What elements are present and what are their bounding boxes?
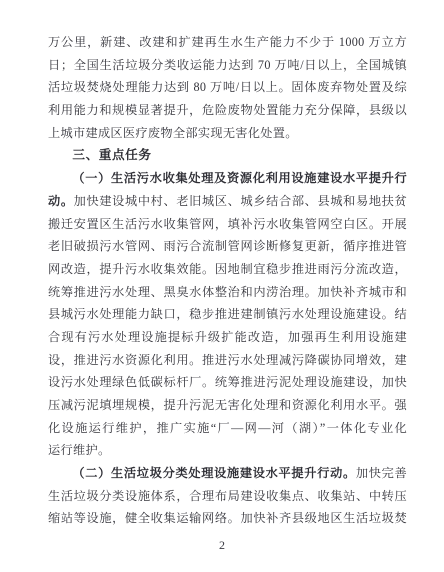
bold-run: （一）生活污水收集处理及资源化利用设施建设水平提升行: [72, 171, 407, 185]
text-run: 县城污水处理能力缺口，稳步推进建制镇污水处理设施建设。结: [48, 307, 407, 321]
text-line: 运行维护。: [48, 439, 407, 462]
document-page: 万公里，新建、改建和扩建再生水生产能力不少于 1000 万立方米/ 日；全国生活…: [0, 0, 444, 572]
text-line: 动。加快建设城中村、老旧城区、城乡结合部、县城和易地扶贫: [48, 190, 407, 213]
text-run: 万公里，新建、改建和扩建再生水生产能力不少于 1000 万立方米/: [48, 35, 407, 54]
text-run: 加快完善: [356, 466, 407, 480]
text-run: 加快建设城中村、老旧城区、城乡结合部、县城和易地扶贫: [74, 194, 407, 208]
text-run: 合现有污水处理设施提标升级扩能改造，加强再生利用设施建: [48, 330, 407, 344]
text-line: 合现有污水处理设施提标升级扩能改造，加强再生利用设施建: [48, 326, 407, 349]
bold-run: （二）生活垃圾分类处理设施建设水平提升行动。: [72, 466, 355, 480]
text-line: （二）生活垃圾分类处理设施建设水平提升行动。加快完善: [48, 462, 407, 485]
body-text: 万公里，新建、改建和扩建再生水生产能力不少于 1000 万立方米/ 日；全国生活…: [48, 31, 407, 530]
text-line: （一）生活污水收集处理及资源化利用设施建设水平提升行: [48, 167, 407, 190]
text-run: 化设施运行维护，推广实施“厂—网—河（湖）”一体化专业化: [48, 421, 407, 435]
text-run: 设，推进污水资源化利用。推进污水处理减污降碳协同增效，建: [48, 353, 407, 367]
text-line: 上城市建成区医疗废物全部实现无害化处置。: [48, 122, 407, 145]
text-line: 生活垃圾分类设施体系，合理布局建设收集点、收集站、中转压: [48, 485, 407, 508]
text-line: 统筹推进污水处理、黑臭水体整治和内涝治理。加快补齐城市和: [48, 281, 407, 304]
text-run: 搬迁安置区生活污水收集管网，填补污水收集管网空白区。开展: [48, 217, 407, 231]
text-run: 缩站等设施，健全收集运输网络。加快补齐县级地区生活垃圾焚: [48, 511, 407, 525]
text-line: 设污水处理绿色低碳标杆厂。统筹推进污泥处理设施建设，加快: [48, 371, 407, 394]
text-line: 活垃圾焚烧处理能力达到 80 万吨/日以上。固体废弃物处置及综合: [48, 76, 407, 99]
text-run: 运行维护。: [48, 443, 110, 457]
text-run: 网改造，提升污水收集效能。因地制宜稳步推进雨污分流改造，: [48, 262, 407, 276]
text-run: 老旧破损污水管网、雨污合流制管网诊断修复更新，循序推进管: [48, 239, 407, 253]
text-line: 网改造，提升污水收集效能。因地制宜稳步推进雨污分流改造，: [48, 258, 407, 281]
text-line: 老旧破损污水管网、雨污合流制管网诊断修复更新，循序推进管: [48, 235, 407, 258]
text-run: 生活垃圾分类设施体系，合理布局建设收集点、收集站、中转压: [48, 489, 407, 503]
bold-run: 动。: [48, 194, 74, 208]
text-run: 活垃圾焚烧处理能力达到 80 万吨/日以上。固体废弃物处置及综合: [48, 80, 407, 99]
text-run: 日；全国生活垃圾分类收运能力达到 70 万吨/日以上，全国城镇生: [48, 58, 407, 77]
section-heading: 三、重点任务: [48, 144, 407, 167]
text-line: 万公里，新建、改建和扩建再生水生产能力不少于 1000 万立方米/: [48, 31, 407, 54]
text-line: 县城污水处理能力缺口，稳步推进建制镇污水处理设施建设。结: [48, 303, 407, 326]
text-run: 统筹推进污水处理、黑臭水体整治和内涝治理。加快补齐城市和: [48, 285, 407, 299]
text-run: 上城市建成区医疗废物全部实现无害化处置。: [48, 126, 298, 140]
page-number: 2: [0, 538, 444, 553]
heading-text: 三、重点任务: [72, 148, 151, 162]
text-run: 设污水处理绿色低碳标杆厂。统筹推进污泥处理设施建设，加快: [48, 375, 407, 389]
text-line: 压减污泥填埋规模，提升污泥无害化处理和资源化利用水平。强: [48, 394, 407, 417]
text-line: 利用能力和规模显著提升，危险废物处置能力充分保障，县级以: [48, 99, 407, 122]
text-line: 化设施运行维护，推广实施“厂—网—河（湖）”一体化专业化: [48, 417, 407, 440]
text-line: 搬迁安置区生活污水收集管网，填补污水收集管网空白区。开展: [48, 213, 407, 236]
text-line: 设，推进污水资源化利用。推进污水处理减污降碳协同增效，建: [48, 349, 407, 372]
text-run: 压减污泥填埋规模，提升污泥无害化处理和资源化利用水平。强: [48, 398, 407, 412]
text-line: 日；全国生活垃圾分类收运能力达到 70 万吨/日以上，全国城镇生: [48, 54, 407, 77]
text-line: 缩站等设施，健全收集运输网络。加快补齐县级地区生活垃圾焚: [48, 507, 407, 530]
text-run: 利用能力和规模显著提升，危险废物处置能力充分保障，县级以: [48, 103, 407, 117]
